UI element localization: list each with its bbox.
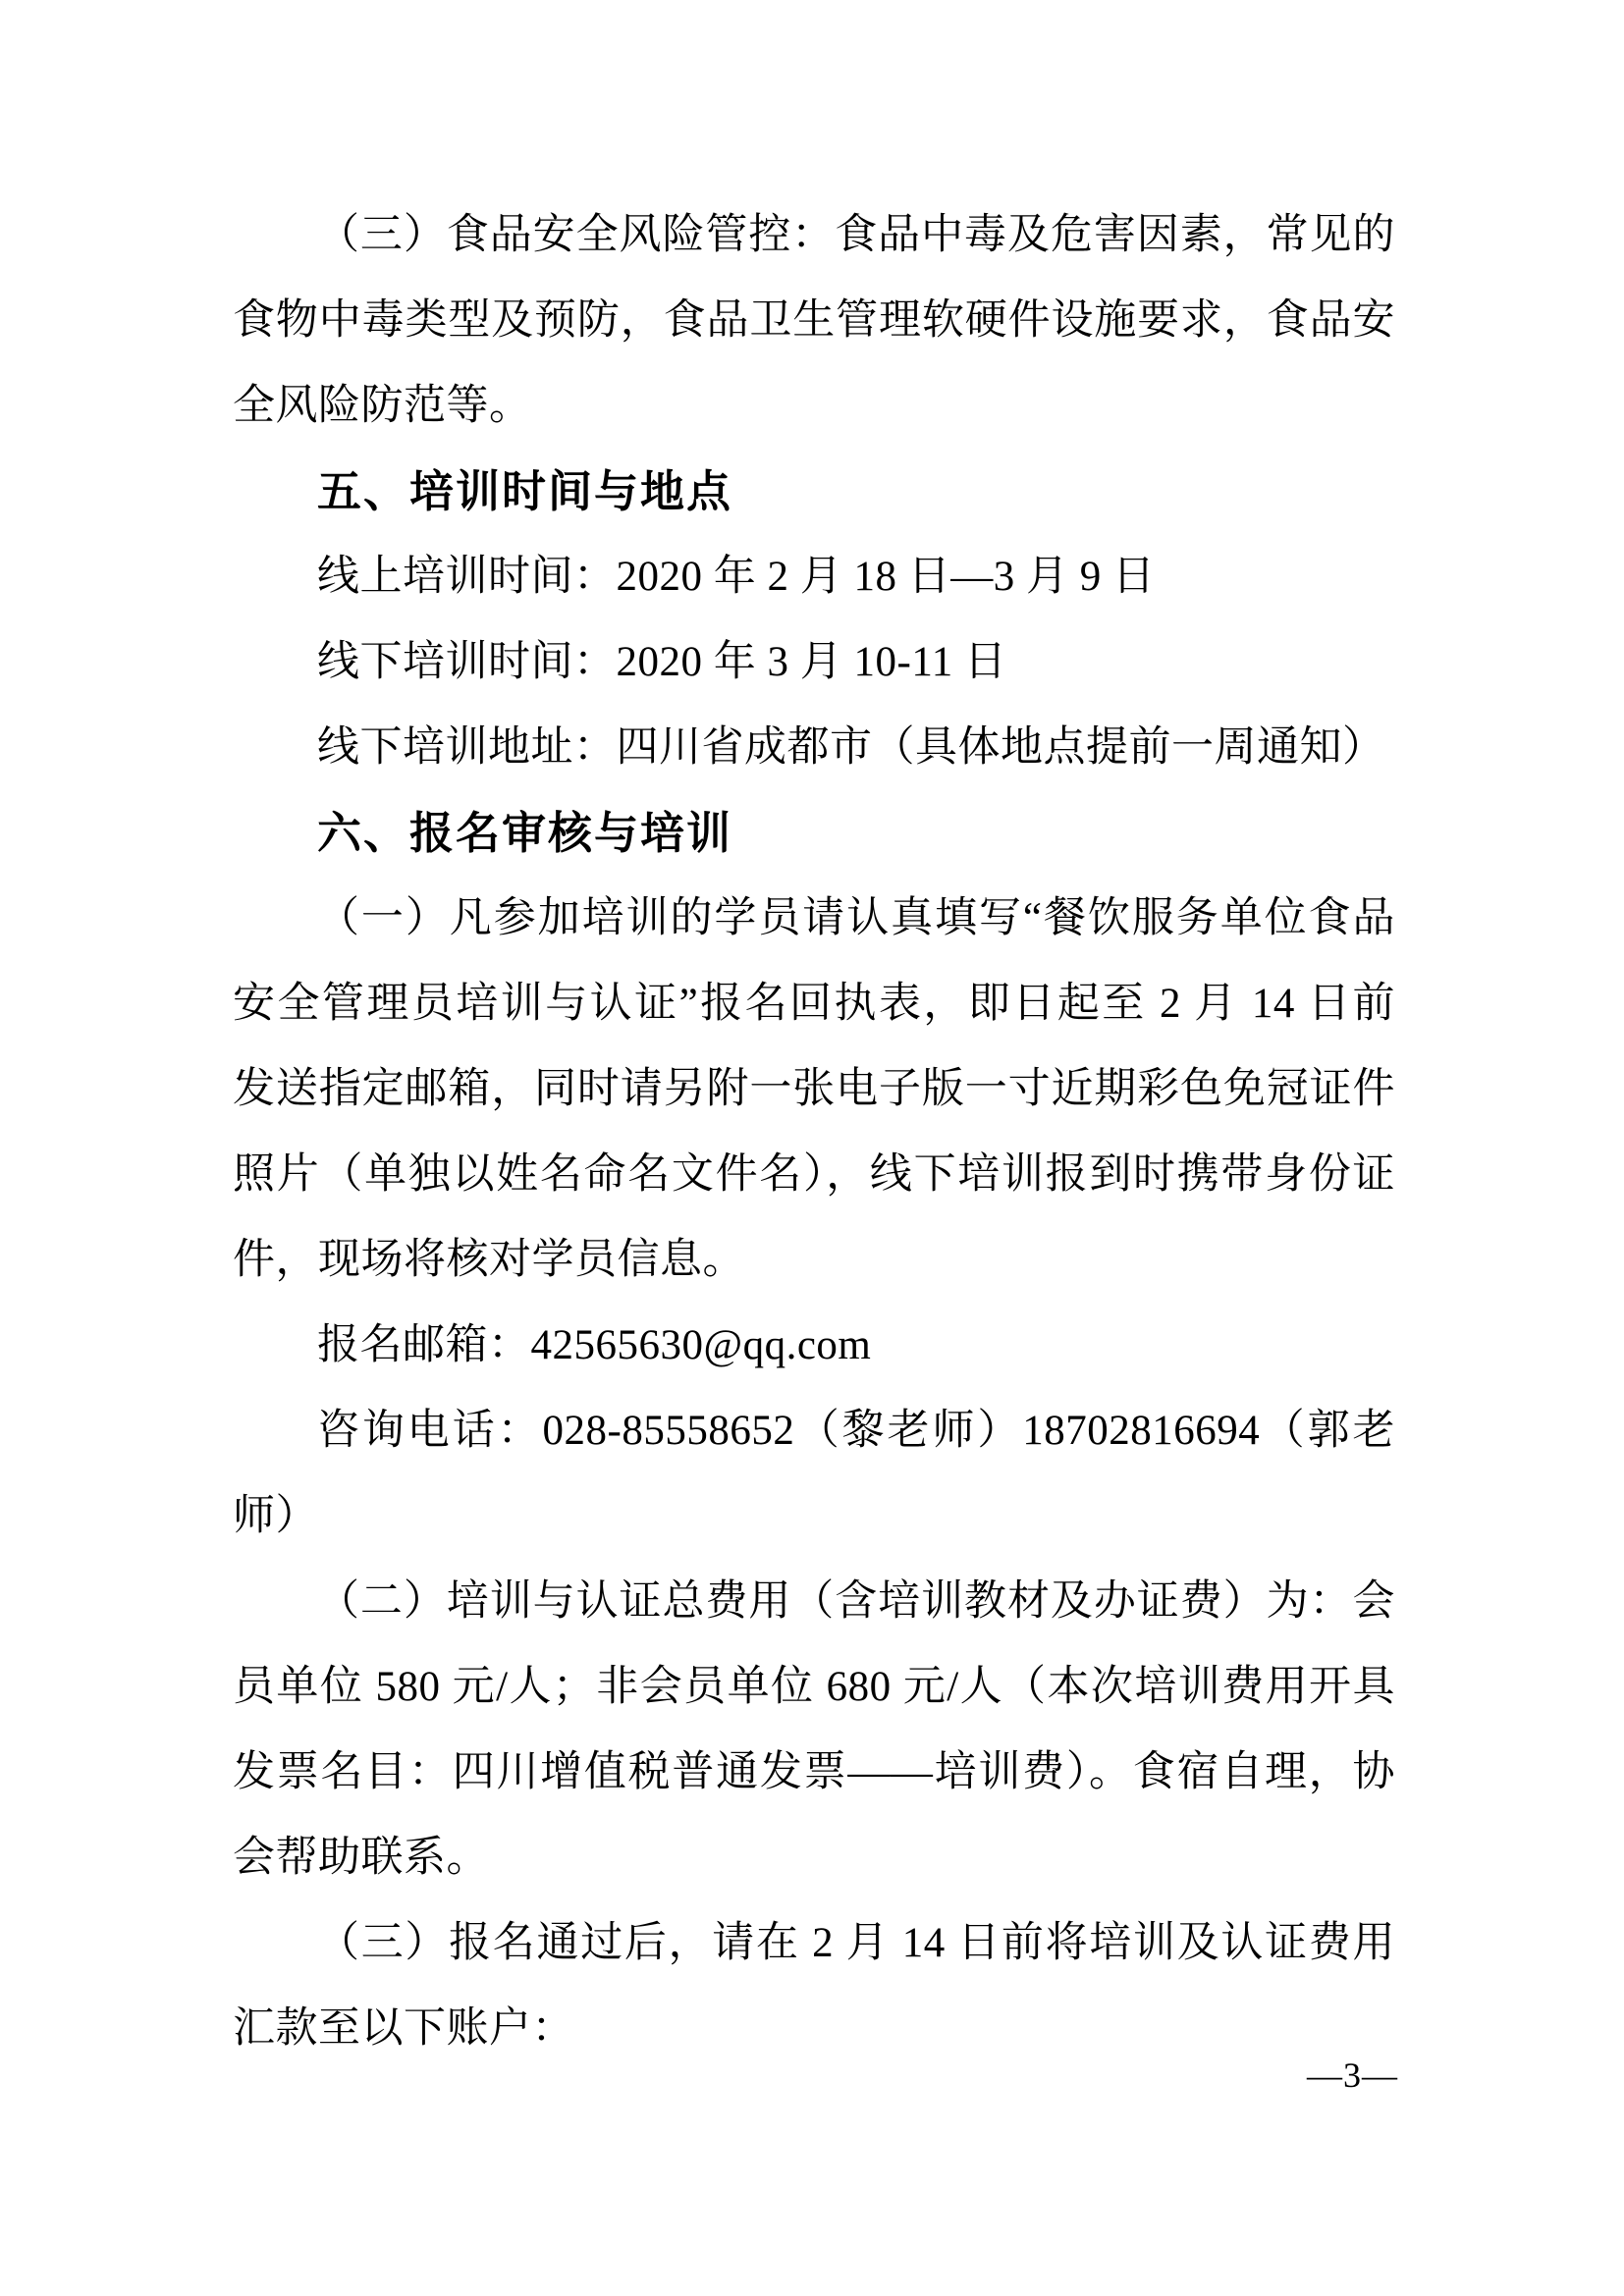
online-training-time-line: 线上培训时间：2020 年 2 月 18 日—3 月 9 日 xyxy=(233,534,1395,619)
document-page: （三）食品安全风险管控：食品中毒及危害因素，常见的 食物中毒类型及预防，食品卫生… xyxy=(0,0,1624,2296)
paragraph-line: 汇款至以下账户： xyxy=(233,1986,1395,2071)
offline-training-time-line: 线下培训时间：2020 年 3 月 10-11 日 xyxy=(233,619,1395,705)
paragraph-line: 发票名目：四川增值税普通发票——培训费）。食宿自理，协 xyxy=(233,1730,1395,1815)
section-heading-5: 五、培训时间与地点 xyxy=(233,449,1395,534)
paragraph-line: （三）食品安全风险管控：食品中毒及危害因素，常见的 xyxy=(233,192,1395,278)
paragraph-line: （三）报名通过后，请在 2 月 14 日前将培训及认证费用 xyxy=(233,1900,1395,1986)
registration-email-line: 报名邮箱：42565630@qq.com xyxy=(233,1303,1395,1388)
paragraph-line: （二）培训与认证总费用（含培训教材及办证费）为：会 xyxy=(233,1559,1395,1644)
offline-training-address-line: 线下培训地址：四川省成都市（具体地点提前一周通知） xyxy=(233,705,1395,790)
paragraph-line: 会帮助联系。 xyxy=(233,1815,1395,1900)
paragraph-line: 食物中毒类型及预防，食品卫生管理软硬件设施要求，食品安 xyxy=(233,278,1395,363)
section-heading-6: 六、报名审核与培训 xyxy=(233,790,1395,876)
paragraph-line: 全风险防范等。 xyxy=(233,363,1395,449)
paragraph-line: 照片（单独以姓名命名文件名），线下培训报到时携带身份证 xyxy=(233,1132,1395,1217)
paragraph-line: 安全管理员培训与认证”报名回执表，即日起至 2 月 14 日前 xyxy=(233,961,1395,1046)
paragraph-line: 件，现场将核对学员信息。 xyxy=(233,1217,1395,1303)
document-body: （三）食品安全风险管控：食品中毒及危害因素，常见的 食物中毒类型及预防，食品卫生… xyxy=(233,192,1395,2071)
paragraph-line: 师） xyxy=(233,1473,1395,1559)
paragraph-line: （一）凡参加培训的学员请认真填写“餐饮服务单位食品 xyxy=(233,876,1395,961)
paragraph-line: 发送指定邮箱，同时请另附一张电子版一寸近期彩色免冠证件 xyxy=(233,1046,1395,1132)
paragraph-line: 员单位 580 元/人；非会员单位 680 元/人（本次培训费用开具 xyxy=(233,1644,1395,1730)
page-number: —3— xyxy=(1307,2054,1398,2097)
consult-phone-line: 咨询电话：028-85558652（黎老师）18702816694（郭老 xyxy=(233,1388,1395,1473)
